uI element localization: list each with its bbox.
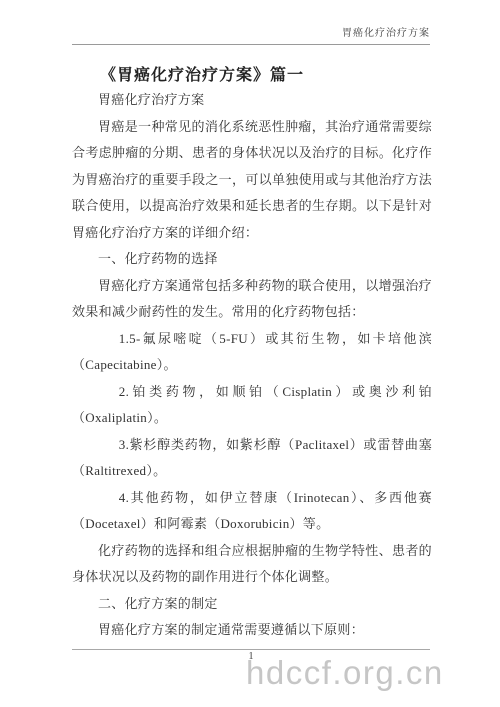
document-page: 胃癌化疗治疗方案 《胃癌化疗治疗方案》篇一 胃癌化疗治疗方案胃癌是一种常见的消化… bbox=[0, 0, 500, 707]
document-body: 胃癌化疗治疗方案胃癌是一种常见的消化系统恶性肿瘤，其治疗通常需要综合考虑肿瘤的分… bbox=[72, 87, 432, 644]
running-title: 胃癌化疗治疗方案 bbox=[342, 28, 430, 39]
paragraph: 胃癌化疗治疗方案 bbox=[72, 87, 432, 114]
paragraph: 胃癌化疗方案通常包括多种药物的联合使用，以增强治疗效果和减少耐药性的发生。常用的… bbox=[72, 273, 432, 326]
watermark: hdccf.org.cn bbox=[246, 653, 444, 693]
document-title: 《胃癌化疗治疗方案》篇一 bbox=[100, 62, 304, 85]
paragraph: 4.其他药物，如伊立替康（Irinotecan）、多西他赛（Docetaxel）… bbox=[72, 485, 432, 538]
paragraph: 3.紫杉醇类药物，如紫杉醇（Paclitaxel）或雷替曲塞（Raltitrex… bbox=[72, 432, 432, 485]
footer-divider bbox=[72, 649, 430, 650]
paragraph: 二、化疗方案的制定 bbox=[72, 591, 432, 618]
paragraph: 化疗药物的选择和组合应根据肿瘤的生物学特性、患者的身体状况以及药物的副作用进行个… bbox=[72, 538, 432, 591]
paragraph: 胃癌化疗方案的制定通常需要遵循以下原则： bbox=[72, 617, 432, 644]
paragraph: 2.铂类药物，如顺铂（Cisplatin）或奥沙利铂（Oxaliplatin）。 bbox=[72, 379, 432, 432]
paragraph: 1.5-氟尿嘧啶（5-FU）或其衍生物，如卡培他滨（Capecitabine）。 bbox=[72, 326, 432, 379]
paragraph: 胃癌是一种常见的消化系统恶性肿瘤，其治疗通常需要综合考虑肿瘤的分期、患者的身体状… bbox=[72, 114, 432, 247]
page-header: 胃癌化疗治疗方案 bbox=[72, 24, 430, 45]
paragraph: 一、化疗药物的选择 bbox=[72, 246, 432, 273]
